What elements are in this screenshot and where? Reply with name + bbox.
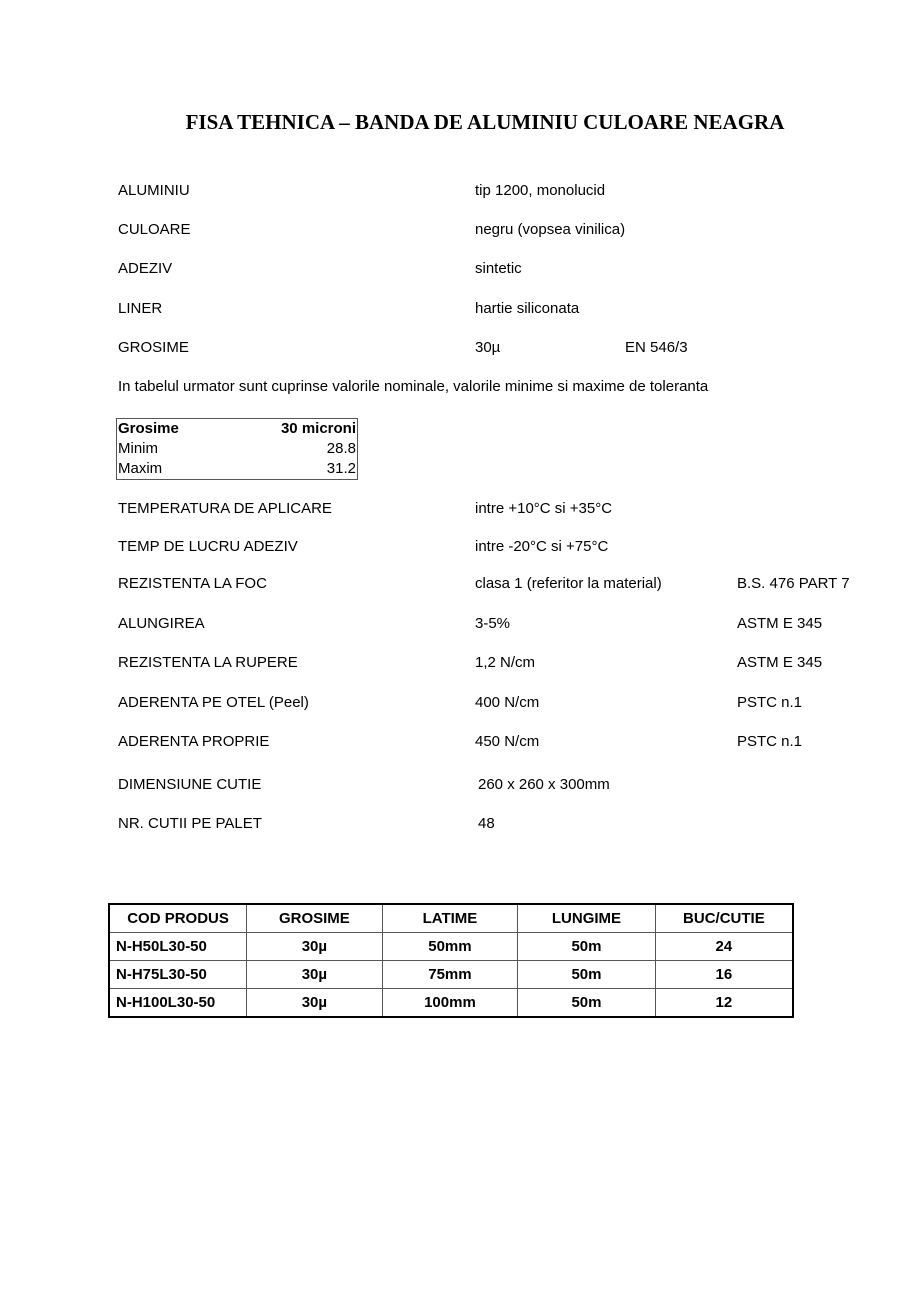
- product-latime: 100mm: [382, 989, 518, 1018]
- spec-value: 400 N/cm: [475, 693, 539, 713]
- tolerance-label: Maxim: [117, 459, 225, 480]
- table-row: N-H50L30-50 30µ 50mm 50m 24: [109, 933, 793, 961]
- product-grosime: 30µ: [247, 961, 383, 989]
- product-lungime: 50m: [518, 933, 656, 961]
- spec-value: 3-5%: [475, 614, 510, 634]
- tolerance-header-label: Grosime: [117, 419, 225, 440]
- product-buc-cutie: 16: [655, 961, 793, 989]
- tolerance-row-max: Maxim 31.2: [117, 459, 358, 480]
- spec-label: REZISTENTA LA FOC: [118, 574, 267, 594]
- product-buc-cutie: 12: [655, 989, 793, 1018]
- tolerance-table: Grosime 30 microni Minim 28.8 Maxim 31.2: [116, 418, 358, 480]
- spec-label: ADERENTA PE OTEL (Peel): [118, 693, 309, 713]
- column-header-lungime: LUNGIME: [518, 904, 656, 933]
- product-lungime: 50m: [518, 989, 656, 1018]
- spec-label: ALUMINIU: [118, 181, 190, 201]
- spec-label: TEMP DE LUCRU ADEZIV: [118, 537, 298, 557]
- spec-value: sintetic: [475, 259, 522, 279]
- spec-value: 30µ: [475, 338, 500, 358]
- spec-standard: PSTC n.1: [737, 732, 802, 752]
- spec-value: tip 1200, monolucid: [475, 181, 605, 201]
- product-latime: 50mm: [382, 933, 518, 961]
- spec-value: 260 x 260 x 300mm: [478, 775, 610, 795]
- tolerance-header-value: 30 microni: [225, 419, 358, 440]
- spec-value: hartie siliconata: [475, 299, 579, 319]
- spec-label: LINER: [118, 299, 162, 319]
- spec-value: negru (vopsea vinilica): [475, 220, 625, 240]
- column-header-buc-cutie: BUC/CUTIE: [655, 904, 793, 933]
- tolerance-header-row: Grosime 30 microni: [117, 419, 358, 440]
- spec-label: GROSIME: [118, 338, 189, 358]
- column-header-grosime: GROSIME: [247, 904, 383, 933]
- spec-standard: ASTM E 345: [737, 653, 822, 673]
- tolerance-value: 28.8: [225, 439, 358, 459]
- tolerance-intro: In tabelul urmator sunt cuprinse valoril…: [118, 378, 708, 395]
- spec-label: NR. CUTII PE PALET: [118, 814, 262, 834]
- spec-label: CULOARE: [118, 220, 191, 240]
- product-code: N-H50L30-50: [109, 933, 247, 961]
- spec-value: intre -20°C si +75°C: [475, 537, 608, 557]
- product-code: N-H75L30-50: [109, 961, 247, 989]
- table-row: N-H100L30-50 30µ 100mm 50m 12: [109, 989, 793, 1018]
- product-grosime: 30µ: [247, 933, 383, 961]
- spec-standard: B.S. 476 PART 7: [737, 574, 850, 594]
- spec-standard: EN 546/3: [625, 338, 688, 358]
- column-header-cod-produs: COD PRODUS: [109, 904, 247, 933]
- tolerance-row-min: Minim 28.8: [117, 439, 358, 459]
- product-latime: 75mm: [382, 961, 518, 989]
- product-code: N-H100L30-50: [109, 989, 247, 1018]
- product-table: COD PRODUS GROSIME LATIME LUNGIME BUC/CU…: [108, 903, 794, 1018]
- spec-label: ADERENTA PROPRIE: [118, 732, 269, 752]
- product-buc-cutie: 24: [655, 933, 793, 961]
- spec-label: ALUNGIREA: [118, 614, 205, 634]
- tolerance-value: 31.2: [225, 459, 358, 480]
- spec-label: REZISTENTA LA RUPERE: [118, 653, 298, 673]
- page-title: FISA TEHNICA – BANDA DE ALUMINIU CULOARE…: [0, 110, 920, 135]
- spec-label: TEMPERATURA DE APLICARE: [118, 499, 332, 519]
- product-lungime: 50m: [518, 961, 656, 989]
- product-table-header: COD PRODUS GROSIME LATIME LUNGIME BUC/CU…: [109, 904, 793, 933]
- spec-value: clasa 1 (referitor la material): [475, 574, 662, 594]
- column-header-latime: LATIME: [382, 904, 518, 933]
- spec-standard: ASTM E 345: [737, 614, 822, 634]
- spec-value: 48: [478, 814, 495, 834]
- spec-label: ADEZIV: [118, 259, 172, 279]
- product-grosime: 30µ: [247, 989, 383, 1018]
- spec-label: DIMENSIUNE CUTIE: [118, 775, 261, 795]
- tolerance-label: Minim: [117, 439, 225, 459]
- spec-value: intre +10°C si +35°C: [475, 499, 612, 519]
- table-row: N-H75L30-50 30µ 75mm 50m 16: [109, 961, 793, 989]
- spec-value: 1,2 N/cm: [475, 653, 535, 673]
- spec-standard: PSTC n.1: [737, 693, 802, 713]
- spec-value: 450 N/cm: [475, 732, 539, 752]
